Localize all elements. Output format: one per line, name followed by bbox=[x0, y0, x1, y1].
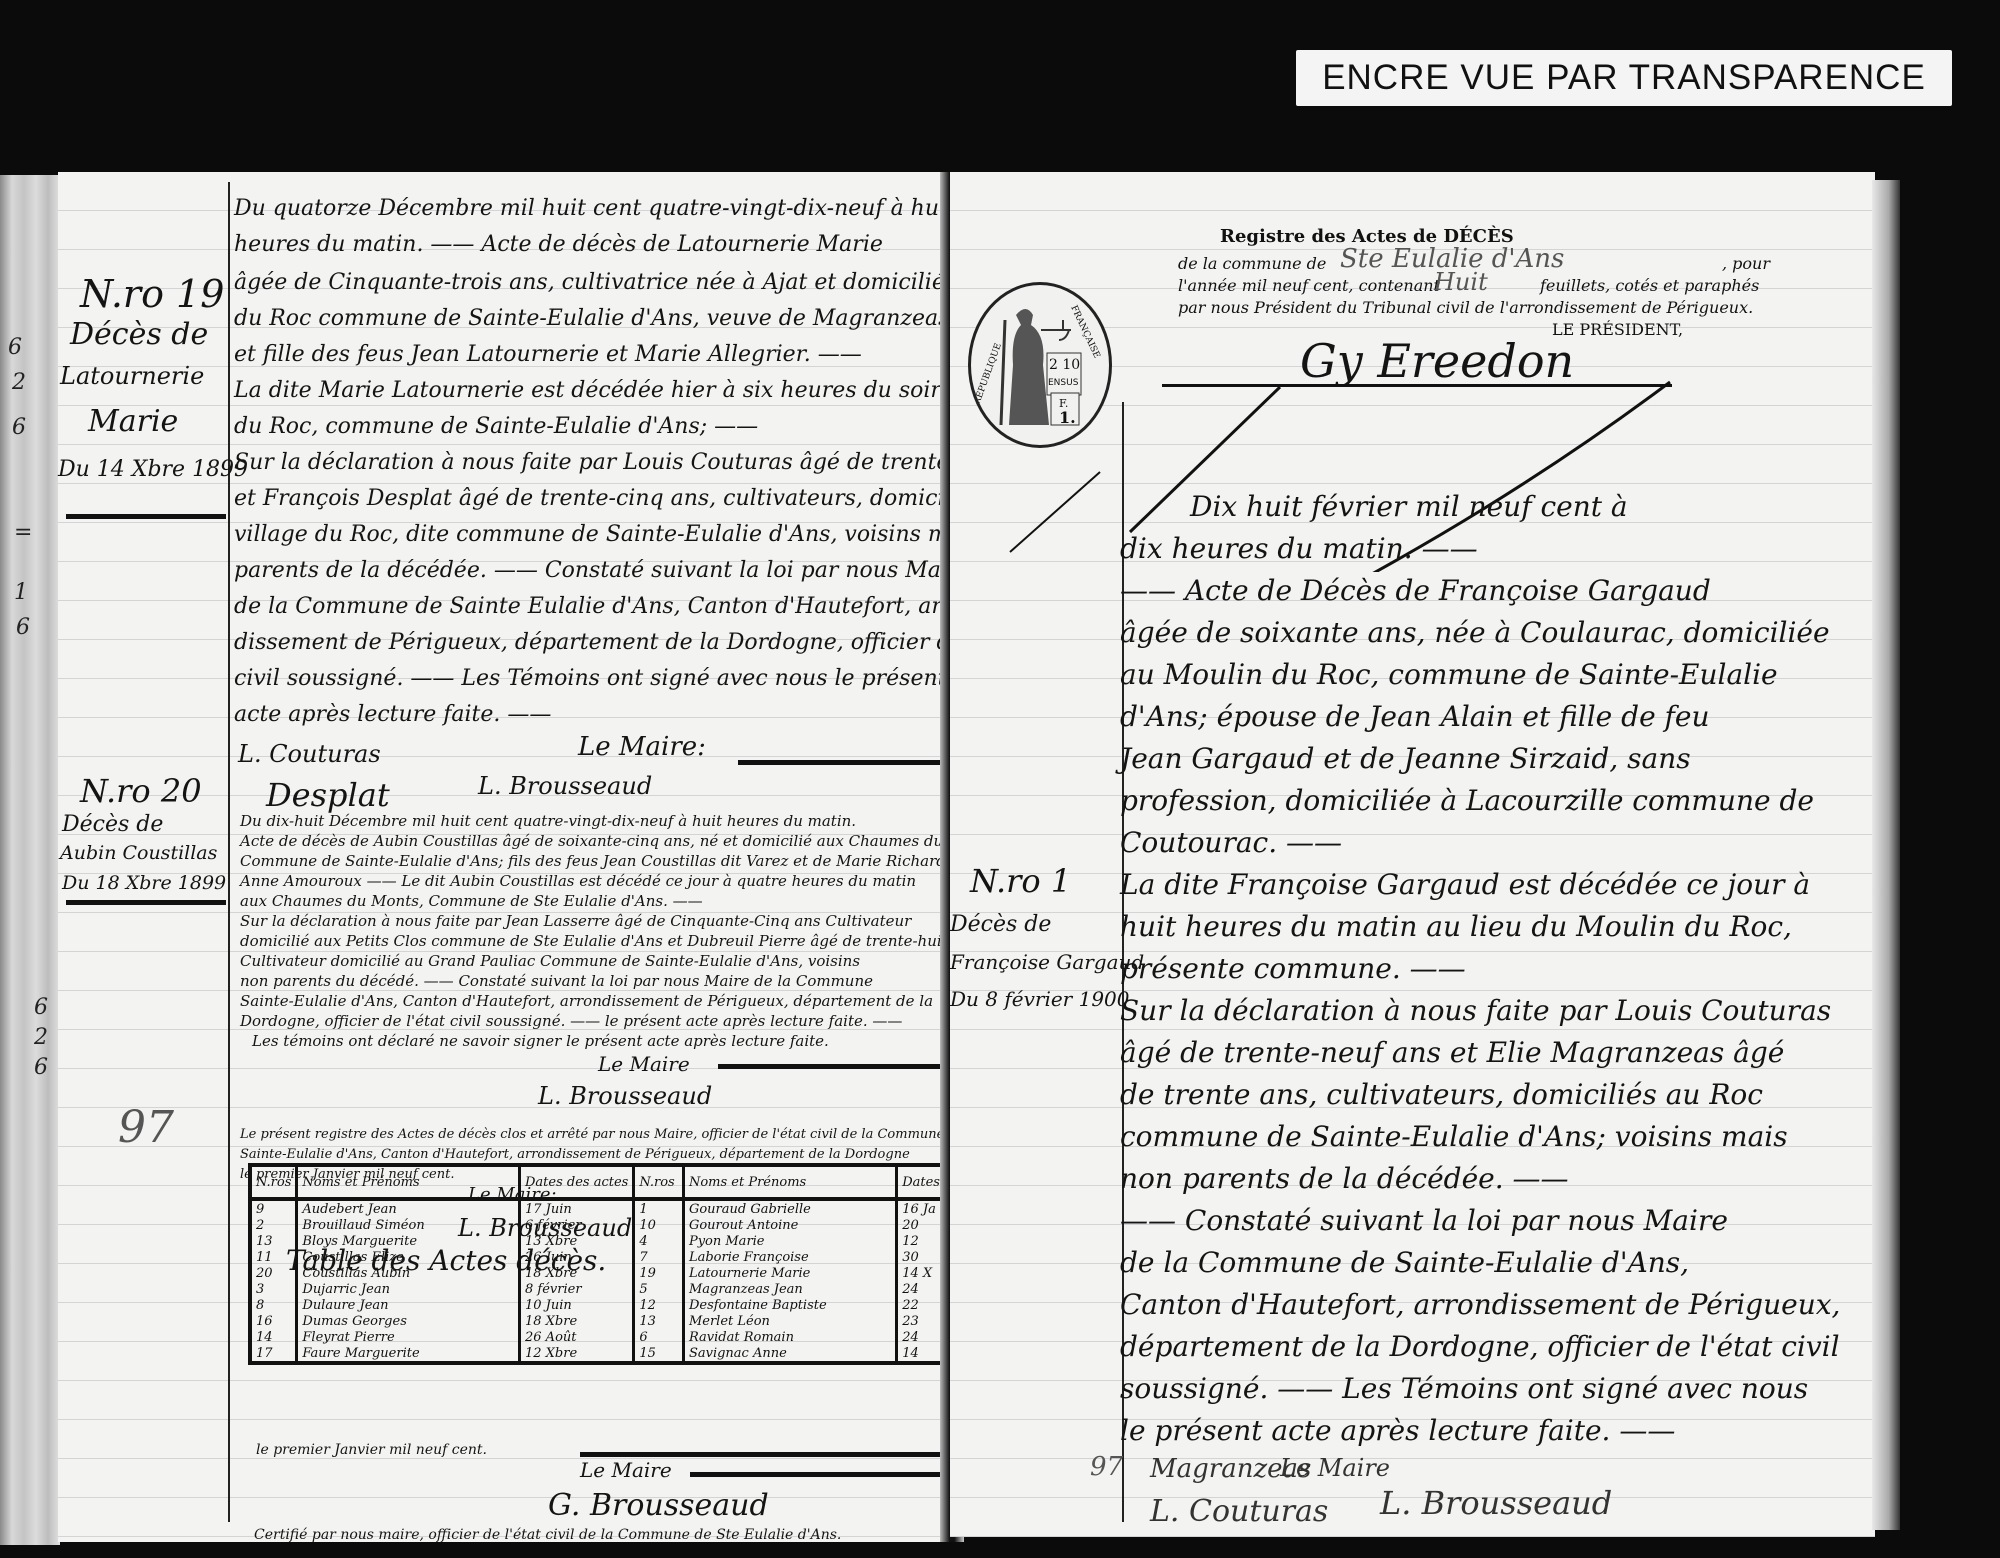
cell-date: 30 bbox=[897, 1249, 946, 1265]
cell-name: Dujarric Jean bbox=[297, 1281, 520, 1297]
mayor-signature: L. Brousseaud bbox=[1380, 1484, 1612, 1522]
cell-date: 26 Août bbox=[520, 1329, 634, 1345]
cell-number: 8 bbox=[250, 1297, 297, 1313]
cell-name: Pyon Marie bbox=[683, 1233, 896, 1249]
col-header: Noms et Prénoms bbox=[297, 1165, 520, 1199]
text-line: La dite Françoise Gargaud est décédée ce… bbox=[1120, 868, 1810, 901]
col-header: Dates des actes bbox=[520, 1165, 634, 1199]
svg-text:1.: 1. bbox=[1059, 408, 1076, 427]
cell-date: 26 Juin bbox=[520, 1249, 634, 1265]
margin-line: Décès de bbox=[70, 317, 208, 352]
text-line: Cultivateur domicilié au Grand Pauliac C… bbox=[240, 952, 860, 970]
cell-number: 6 bbox=[634, 1329, 684, 1345]
cell-date: 18 Xbre bbox=[520, 1313, 634, 1329]
cell-name: Gourout Antoine bbox=[683, 1217, 896, 1233]
cell-name: Dulaure Jean bbox=[297, 1297, 520, 1313]
text-line: aux Chaumes du Monts, Commune de Ste Eul… bbox=[240, 892, 703, 910]
table-row: 3Dujarric Jean8 février5Magranzeas Jean2… bbox=[250, 1281, 946, 1297]
cell-number: 19 bbox=[634, 1265, 684, 1281]
cell-date: 20 bbox=[897, 1217, 946, 1233]
mayor-signature: L. Brousseaud bbox=[538, 1082, 712, 1110]
cell-date: 8 février bbox=[520, 1281, 634, 1297]
col-header: Dates bbox=[897, 1165, 946, 1199]
text-line: —— Acte de Décès de Françoise Gargaud bbox=[1120, 574, 1711, 607]
text-line: Sainte-Eulalie d'Ans, Canton d'Hautefort… bbox=[240, 992, 933, 1010]
book-edge-left: 6 2 6 = 1 6 6 2 6 bbox=[0, 175, 60, 1545]
mayor-label: Le Maire: bbox=[578, 732, 706, 762]
text-line: profession, domiciliée à Lacourzille com… bbox=[1120, 784, 1814, 817]
margin-line: Décès de bbox=[62, 812, 163, 837]
text-line: parents de la décédée. —— Constaté suiva… bbox=[234, 558, 971, 583]
margin-line: Décès de bbox=[950, 912, 1051, 937]
cell-number: 13 bbox=[634, 1313, 684, 1329]
entry-number: N.ro 20 bbox=[80, 772, 202, 810]
mayor-label: Le Maire bbox=[598, 1052, 690, 1076]
margin-name: Marie bbox=[88, 404, 178, 439]
cell-number: 2 bbox=[250, 1217, 297, 1233]
text-line: La dite Marie Latournerie est décédée hi… bbox=[234, 378, 1009, 403]
cell-name: Fleyrat Pierre bbox=[297, 1329, 520, 1345]
text-line: Du quatorze Décembre mil huit cent quatr… bbox=[234, 196, 955, 221]
cell-name: Ravidat Romain bbox=[683, 1329, 896, 1345]
text-line: du Roc, commune de Sainte-Eulalie d'Ans;… bbox=[234, 414, 758, 439]
cell-number: 9 bbox=[250, 1199, 297, 1217]
cell-number: 13 bbox=[250, 1233, 297, 1249]
cell-name: Dumas Georges bbox=[297, 1313, 520, 1329]
text-line: présente commune. —— bbox=[1120, 952, 1466, 985]
text-line: heures du matin. —— Acte de décès de Lat… bbox=[234, 232, 883, 257]
cell-name: Magranzeas Jean bbox=[683, 1281, 896, 1297]
margin-rule bbox=[228, 182, 230, 1522]
table-row: 8Dulaure Jean10 Juin12Desfontaine Baptis… bbox=[250, 1297, 946, 1313]
table-row: 13Bloys Marguerite13 Xbre4Pyon Marie12 bbox=[250, 1233, 946, 1249]
folio-number: 97 bbox=[118, 1102, 174, 1153]
witness-signature: L. Couturas bbox=[1150, 1494, 1328, 1529]
table-row: 16Dumas Georges18 Xbre13Merlet Léon23 bbox=[250, 1313, 946, 1329]
text-line: au Moulin du Roc, commune de Sainte-Eula… bbox=[1120, 658, 1778, 691]
text-line: dix heures du matin. —— bbox=[1120, 532, 1478, 565]
certification-line: Certifié par nous maire, officier de l'é… bbox=[254, 1527, 841, 1543]
cell-name: Coustillas Elize bbox=[297, 1249, 520, 1265]
cell-date: 24 bbox=[897, 1281, 946, 1297]
cell-date: 23 bbox=[897, 1313, 946, 1329]
text-line: Les témoins ont déclaré ne savoir signer… bbox=[252, 1032, 829, 1050]
text-line: acte après lecture faite. —— bbox=[234, 702, 551, 727]
margin-date: Du 14 Xbre 1899 bbox=[58, 457, 248, 482]
separator bbox=[718, 1064, 943, 1069]
cell-number: 7 bbox=[634, 1249, 684, 1265]
cell-date: 14 bbox=[897, 1345, 946, 1363]
cell-number: 5 bbox=[634, 1281, 684, 1297]
entry-number: N.ro 1 bbox=[970, 862, 1071, 900]
svg-text:ENSUS: ENSUS bbox=[1048, 378, 1079, 388]
margin-name: Latournerie bbox=[60, 362, 204, 390]
text-line: de trente ans, cultivateurs, domiciliés … bbox=[1120, 1078, 1763, 1111]
mayor-label: Le Maire bbox=[1280, 1454, 1390, 1482]
text-line: Sur la déclaration à nous faite par Loui… bbox=[1120, 994, 1831, 1027]
fiscal-stamp: 2 10 ENSUS F. 1. RÉPUBLIQUE FRANÇAISE bbox=[968, 282, 1112, 448]
cell-name: Gouraud Gabrielle bbox=[683, 1199, 896, 1217]
margin-date: Du 8 février 1900 bbox=[950, 987, 1130, 1011]
cell-number: 11 bbox=[250, 1249, 297, 1265]
cell-date: 13 Xbre bbox=[520, 1233, 634, 1249]
text-line: et fille des feus Jean Latournerie et Ma… bbox=[234, 342, 862, 367]
cell-number: 3 bbox=[250, 1281, 297, 1297]
cell-name: Savignac Anne bbox=[683, 1345, 896, 1363]
table-row: 14Fleyrat Pierre26 Août6Ravidat Romain24 bbox=[250, 1329, 946, 1345]
text-line: Dix huit février mil neuf cent à bbox=[1190, 490, 1628, 523]
cell-name: Faure Marguerite bbox=[297, 1345, 520, 1363]
witness-signature: L. Couturas bbox=[238, 740, 381, 768]
cell-name: Coustillas Aubin bbox=[297, 1265, 520, 1281]
text-line: d'Ans; épouse de Jean Alain et fille de … bbox=[1120, 700, 1710, 733]
closure-line: Le présent registre des Actes de décès c… bbox=[240, 1127, 944, 1142]
cell-number: 20 bbox=[250, 1265, 297, 1281]
text-line: Dordogne, officier de l'état civil souss… bbox=[240, 1012, 902, 1030]
cell-date: 24 bbox=[897, 1329, 946, 1345]
text-line: soussigné. —— Les Témoins ont signé avec… bbox=[1120, 1372, 1808, 1405]
transparency-label: ENCRE VUE PAR TRANSPARENCE bbox=[1296, 50, 1952, 106]
death-index-table: N.ros Noms et Prénoms Dates des actes N.… bbox=[248, 1163, 948, 1365]
text-line: Sur la déclaration à nous faite par Loui… bbox=[234, 450, 1006, 475]
cell-number: 14 bbox=[250, 1329, 297, 1345]
cell-name: Desfontaine Baptiste bbox=[683, 1297, 896, 1313]
cell-date: 18 Xbre bbox=[520, 1265, 634, 1281]
cell-date: 16 Ja bbox=[897, 1199, 946, 1217]
cell-date: 12 bbox=[897, 1233, 946, 1249]
table-row: 2Brouillaud Siméon6 février10Gourout Ant… bbox=[250, 1217, 946, 1233]
text-line: Canton d'Hautefort, arrondissement de Pé… bbox=[1120, 1288, 1840, 1321]
text-line: dissement de Périgueux, département de l… bbox=[234, 630, 1027, 655]
text-line: Jean Gargaud et de Jeanne Sirzaid, sans bbox=[1120, 742, 1691, 775]
text-line: Anne Amouroux —— Le dit Aubin Coustillas… bbox=[240, 872, 916, 890]
cell-name: Merlet Léon bbox=[683, 1313, 896, 1329]
certification-line: le premier Janvier mil neuf cent. bbox=[256, 1442, 487, 1458]
text-line: le présent acte après lecture faite. —— bbox=[1120, 1414, 1675, 1447]
cell-number: 1 bbox=[634, 1199, 684, 1217]
cell-number: 15 bbox=[634, 1345, 684, 1363]
cell-date: 14 X bbox=[897, 1265, 946, 1281]
cell-name: Bloys Marguerite bbox=[297, 1233, 520, 1249]
cell-number: 16 bbox=[250, 1313, 297, 1329]
cell-name: Latournerie Marie bbox=[683, 1265, 896, 1281]
cell-name: Audebert Jean bbox=[297, 1199, 520, 1217]
margin-date: Du 18 Xbre 1899 bbox=[62, 872, 226, 894]
table-row: 11Coustillas Elize26 Juin7Laborie Franço… bbox=[250, 1249, 946, 1265]
page-mark: 97 bbox=[1090, 1452, 1123, 1482]
text-line: Commune de Sainte-Eulalie d'Ans; fils de… bbox=[240, 852, 1001, 870]
margin-name: Aubin Coustillas bbox=[60, 842, 217, 864]
text-line: civil soussigné. —— Les Témoins ont sign… bbox=[234, 666, 947, 691]
separator bbox=[66, 514, 226, 519]
text-line: non parents du décédé. —— Constaté suiva… bbox=[240, 972, 873, 990]
text-line: de la Commune de Sainte Eulalie d'Ans, C… bbox=[234, 594, 980, 619]
cell-number: 4 bbox=[634, 1233, 684, 1249]
svg-text:RÉPUBLIQUE: RÉPUBLIQUE bbox=[971, 341, 1004, 406]
witness-signature: Desplat bbox=[266, 776, 390, 814]
cell-name: Laborie Françoise bbox=[683, 1249, 896, 1265]
text-line: huit heures du matin au lieu du Moulin d… bbox=[1120, 910, 1792, 943]
svg-text:FRANÇAISE: FRANÇAISE bbox=[1068, 304, 1101, 360]
text-line: —— Constaté suivant la loi par nous Mair… bbox=[1120, 1204, 1728, 1237]
mayor-signature: L. Brousseaud bbox=[478, 772, 652, 800]
mayor-label: Le Maire bbox=[580, 1458, 672, 1482]
text-line: commune de Sainte-Eulalie d'Ans; voisins… bbox=[1120, 1120, 1788, 1153]
entry-number: N.ro 19 bbox=[80, 272, 224, 316]
text-line: et François Desplat âgé de trente-cinq a… bbox=[234, 486, 1017, 511]
margin-name: Françoise Gargaud bbox=[950, 950, 1144, 974]
cell-date: 10 Juin bbox=[520, 1297, 634, 1313]
table-row: 17Faure Marguerite12 Xbre15Savignac Anne… bbox=[250, 1345, 946, 1363]
separator bbox=[738, 760, 943, 765]
separator bbox=[66, 900, 226, 905]
cell-date: 6 février bbox=[520, 1217, 634, 1233]
cell-number: 17 bbox=[250, 1345, 297, 1363]
text-line: âgée de Cinquante-trois ans, cultivatric… bbox=[234, 270, 1026, 295]
cell-name: Brouillaud Siméon bbox=[297, 1217, 520, 1233]
closure-line: Sainte-Eulalie d'Ans, Canton d'Hautefort… bbox=[240, 1147, 910, 1162]
separator bbox=[580, 1452, 940, 1457]
text-line: de la Commune de Sainte-Eulalie d'Ans, bbox=[1120, 1246, 1689, 1279]
book-edge-right bbox=[1872, 180, 1900, 1530]
text-line: Coutourac. —— bbox=[1120, 826, 1342, 859]
col-header: Noms et Prénoms bbox=[683, 1165, 896, 1199]
separator bbox=[690, 1472, 940, 1477]
cell-date: 12 Xbre bbox=[520, 1345, 634, 1363]
text-line: âgée de soixante ans, née à Coulaurac, d… bbox=[1120, 616, 1830, 649]
stamp-seal-icon: 2 10 ENSUS F. 1. RÉPUBLIQUE FRANÇAISE bbox=[971, 285, 1109, 445]
col-header: N.ros bbox=[250, 1165, 297, 1199]
cell-date: 22 bbox=[897, 1297, 946, 1313]
table-row: 20Coustillas Aubin18 Xbre19Latournerie M… bbox=[250, 1265, 946, 1281]
text-line: département de la Dordogne, officier de … bbox=[1120, 1330, 1840, 1363]
stamp-value: 2 10 bbox=[1049, 357, 1080, 373]
mayor-signature: G. Brousseaud bbox=[548, 1488, 769, 1523]
cell-date: 17 Juin bbox=[520, 1199, 634, 1217]
text-line: Sur la déclaration à nous faite par Jean… bbox=[240, 912, 911, 930]
text-line: Du dix-huit Décembre mil huit cent quatr… bbox=[240, 812, 856, 830]
text-line: du Roc commune de Sainte-Eulalie d'Ans, … bbox=[234, 306, 1043, 331]
cell-number: 10 bbox=[634, 1217, 684, 1233]
text-line: village du Roc, dite commune de Sainte-E… bbox=[234, 522, 1029, 547]
text-line: domicilié aux Petits Clos commune de Ste… bbox=[240, 932, 948, 950]
text-line: non parents de la décédée. —— bbox=[1120, 1162, 1569, 1195]
col-header: N.ros bbox=[634, 1165, 684, 1199]
table-row: 9Audebert Jean17 Juin1Gouraud Gabrielle1… bbox=[250, 1199, 946, 1217]
cell-number: 12 bbox=[634, 1297, 684, 1313]
text-line: Acte de décès de Aubin Coustillas âgé de… bbox=[240, 832, 996, 850]
text-line: âgé de trente-neuf ans et Elie Magranzea… bbox=[1120, 1036, 1784, 1069]
